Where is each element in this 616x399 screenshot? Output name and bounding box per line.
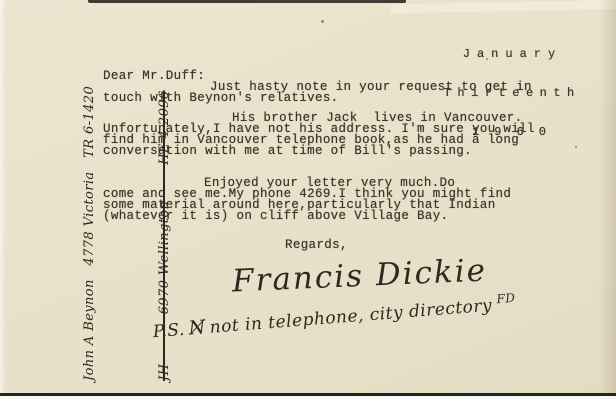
paper-speck [321,20,324,23]
postscript-initials: FD [491,291,516,307]
paper-bottom-edge [0,393,616,396]
date-month: January [420,48,598,61]
paper-corner-highlight [391,0,616,13]
paper-left-highlight [0,0,6,393]
postscript-text: not in telephone, city directory [209,296,493,338]
paper-right-shadow [598,0,616,393]
closing: Regards, [285,238,348,252]
margin-note-contact: John A Beynon 4778 Victoria TR 6-1420 [77,75,102,381]
margin-annotations: John A Beynon 4778 Victoria TR 6-1420 JH… [27,75,81,381]
letter-paper: January Thirteenth 1960 Dear Mr.Duff: Ju… [0,0,616,393]
scanned-letter: January Thirteenth 1960 Dear Mr.Duff: Ju… [0,0,616,399]
paper-top-edge [88,0,406,3]
margin-note-crossed-out: JH ——— 6970 Wellington —— HE 4-2096 [152,75,177,381]
